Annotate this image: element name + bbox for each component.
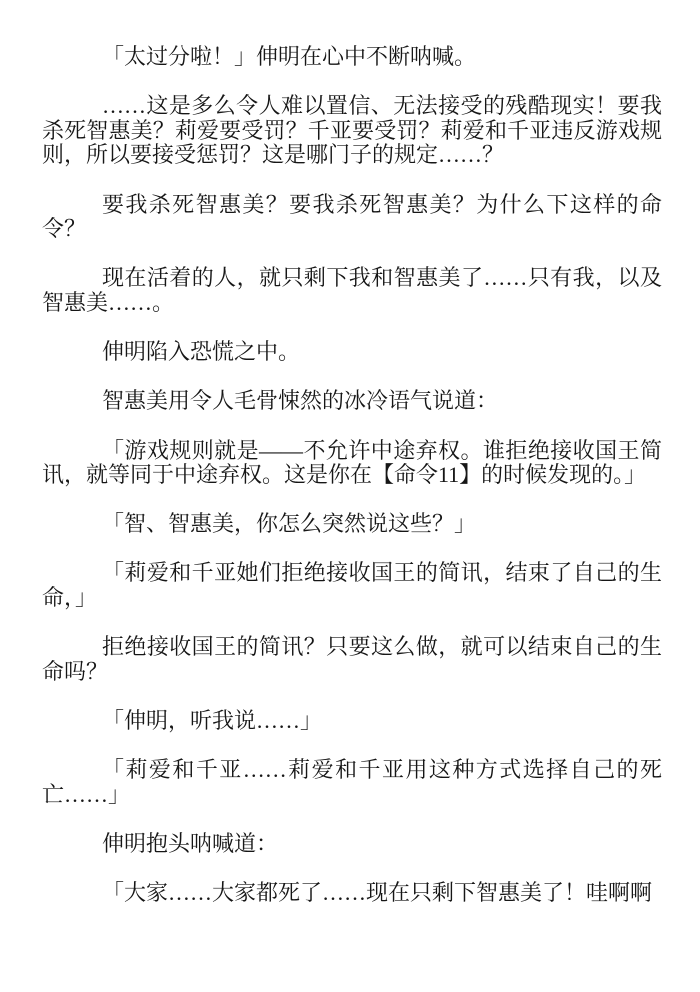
paragraph: 「莉爱和千亚她们拒绝接收国王的简讯，结束了自己的生命，」 — [42, 561, 662, 610]
paragraph: ……这是多么令人难以置信、无法接受的残酷现实！要我杀死智惠美？莉爱要受罚？千亚要… — [42, 94, 662, 168]
novel-text-page: 「太过分啦！」伸明在心中不断呐喊。 ……这是多么令人难以置信、无法接受的残酷现实… — [0, 0, 700, 992]
paragraph: 「游戏规则就是——不允许中途弃权。谁拒绝接收国王简讯，就等同于中途弃权。这是你在… — [42, 439, 662, 488]
paragraph: 智惠美用令人毛骨悚然的冰冷语气说道： — [42, 389, 662, 414]
paragraph: 现在活着的人，就只剩下我和智惠美了……只有我，以及智惠美……。 — [42, 266, 662, 315]
paragraph: 「智、智惠美，你怎么突然说这些？」 — [42, 512, 662, 537]
paragraph: 要我杀死智惠美？要我杀死智惠美？为什么下这样的命令？ — [42, 193, 662, 242]
paragraph: 「太过分啦！」伸明在心中不断呐喊。 — [42, 45, 662, 70]
paragraph: 拒绝接收国王的简讯？只要这么做，就可以结束自己的生命吗？ — [42, 635, 662, 684]
paragraph: 「莉爱和千亚……莉爱和千亚用这种方式选择自己的死亡……」 — [42, 758, 662, 807]
paragraph: 「伸明，听我说……」 — [42, 709, 662, 734]
paragraph: 「大家……大家都死了……现在只剩下智惠美了！哇啊啊 — [42, 881, 662, 906]
ebook-page-background: { "page": { "background_color": "#ffffff… — [0, 0, 700, 992]
paragraph: 伸明抱头呐喊道： — [42, 832, 662, 857]
paragraph: 伸明陷入恐慌之中。 — [42, 340, 662, 365]
